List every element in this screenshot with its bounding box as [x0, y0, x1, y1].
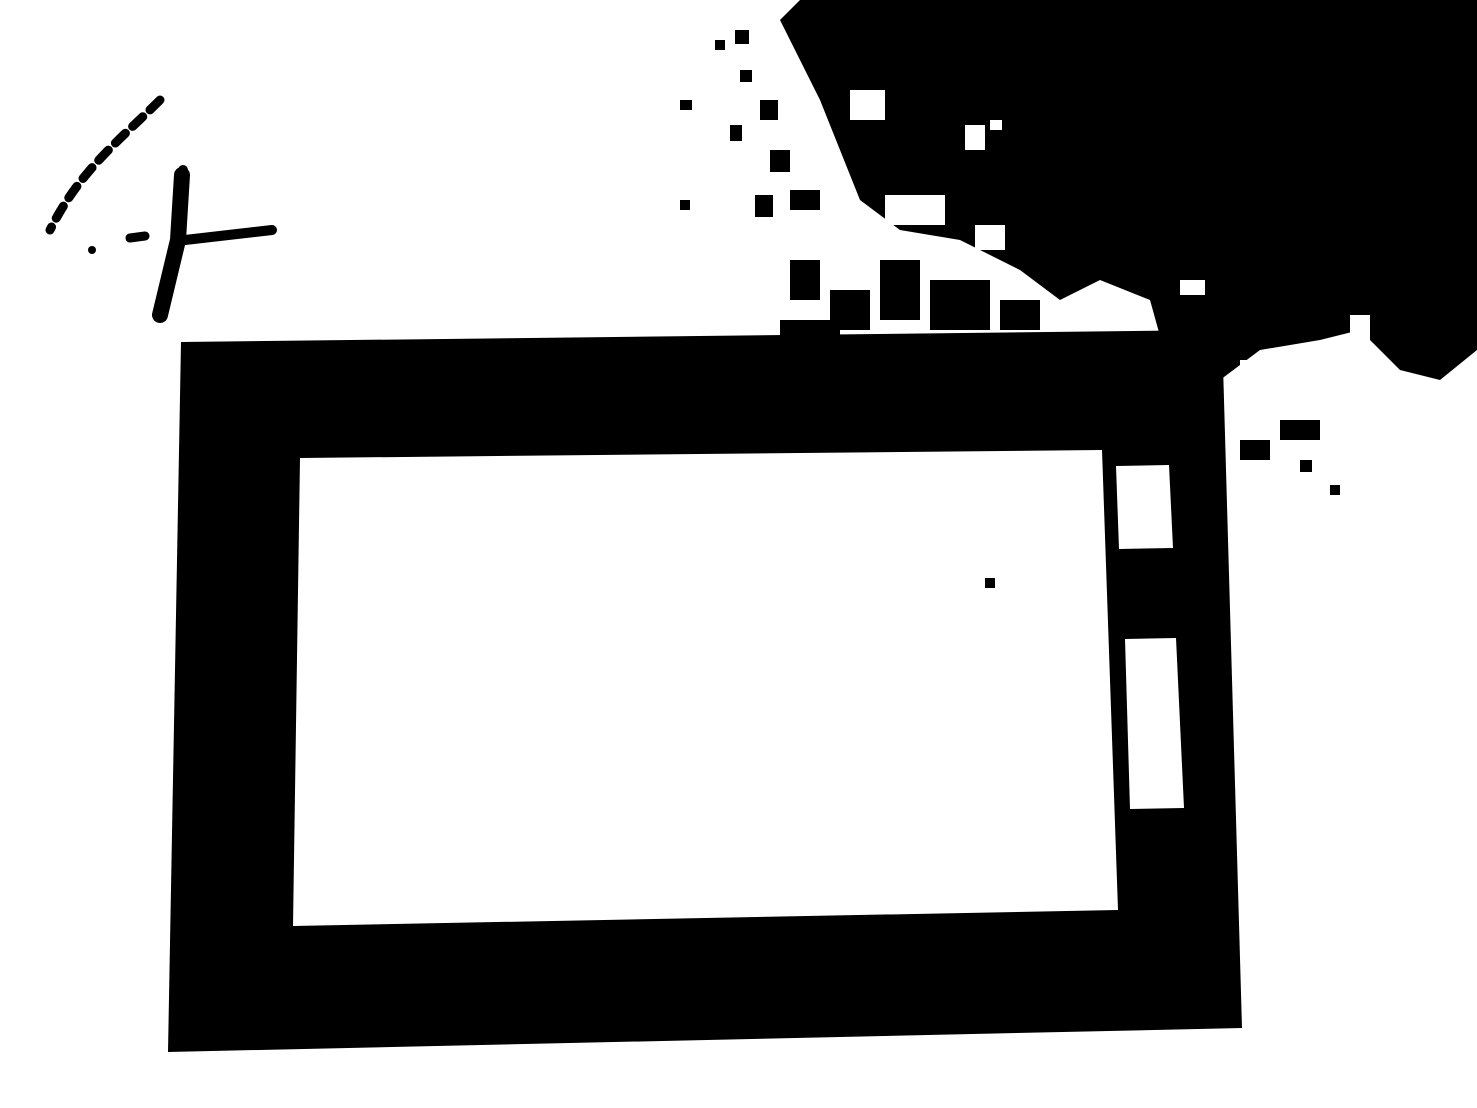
screen: [293, 450, 1118, 926]
scribble-mark: [50, 100, 272, 315]
side-button-bottom[interactable]: [1125, 638, 1184, 809]
scene: [0, 0, 1477, 1108]
side-button-top[interactable]: [1116, 465, 1173, 549]
screen-speck: [985, 578, 995, 588]
